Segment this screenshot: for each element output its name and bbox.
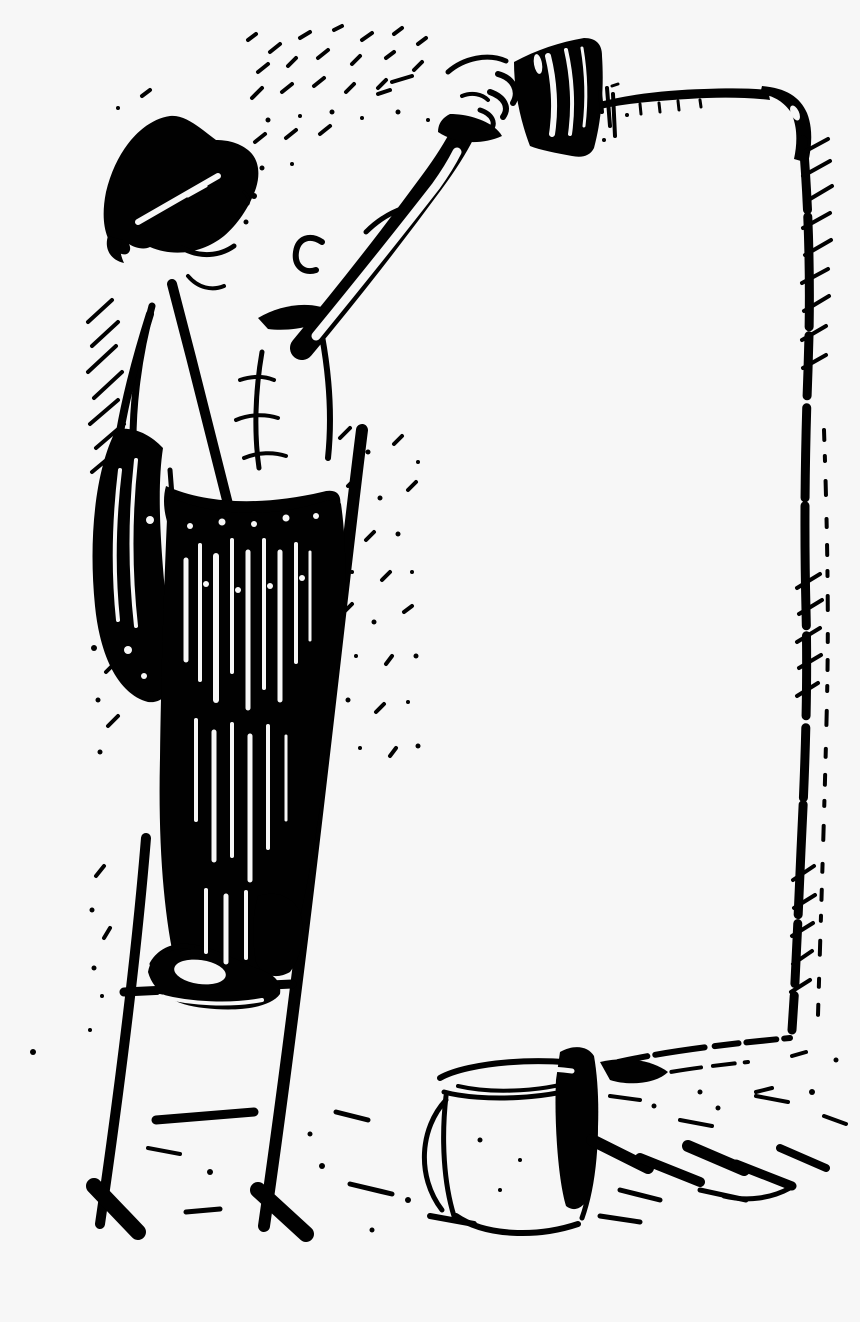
painter-illustration: Painter on a Ladder	[0, 0, 860, 1322]
illustration-stage: Painter on a Ladder Painter on a Ladder	[0, 0, 860, 1322]
stray-ink-dot	[30, 1049, 36, 1055]
